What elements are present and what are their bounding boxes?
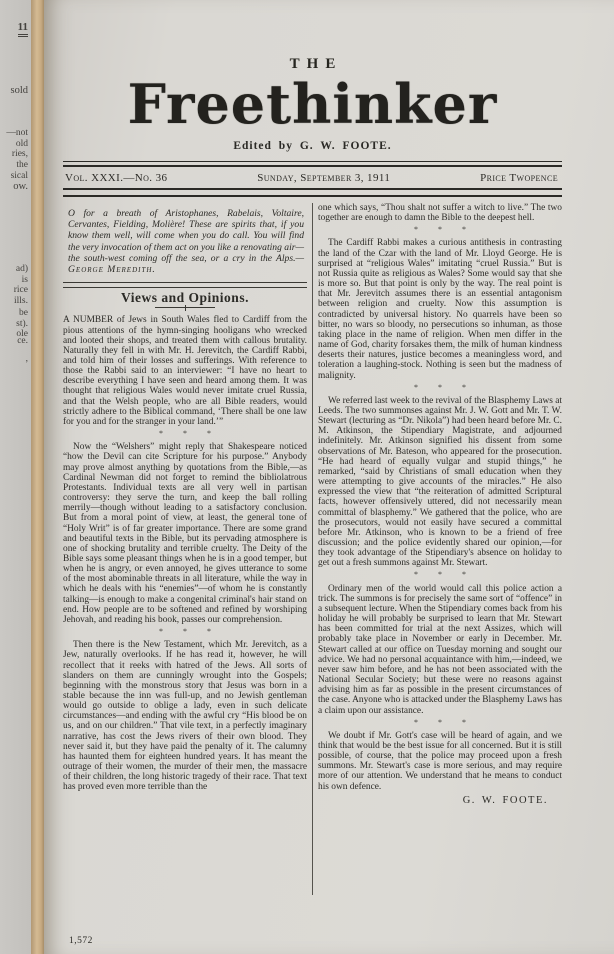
epigraph: O for a breath of Aristophanes, Rabelais… [63, 203, 307, 279]
article-paragraph: A NUMBER of Jews in South Wales fled to … [63, 315, 307, 427]
author-signature: G. W. FOOTE. [318, 796, 562, 806]
paragraph-separator: * * * [318, 568, 562, 583]
editor-line: Edited by G. W. FOOTE. [63, 140, 562, 152]
newspaper-page: THE Freethinker Edited by G. W. FOOTE. V… [44, 0, 614, 954]
paragraph-separator: * * * [63, 625, 307, 640]
masthead: THE Freethinker Edited by G. W. FOOTE. V… [63, 56, 562, 197]
masthead-rule [63, 188, 562, 197]
margin-fragment: be st). ole [16, 308, 28, 340]
margin-fragment: ce. [17, 336, 28, 347]
volume-number: Vol. XXXI.—No. 36 [65, 172, 167, 184]
article-heading: Views and Opinions. [63, 293, 307, 303]
scanned-page: 11 sold —not old ries, the sical ow. ad)… [0, 0, 614, 954]
margin-fragment: —not old ries, [6, 128, 28, 160]
article-paragraph: We referred last week to the revival of … [318, 396, 562, 569]
margin-fragment: , [26, 354, 28, 365]
page-number: 1,572 [69, 936, 93, 946]
article-paragraph: Now the “Welshers” might reply that Shak… [63, 442, 307, 625]
left-column: O for a breath of Aristophanes, Rabelais… [63, 203, 307, 945]
issue-info-row: Vol. XXXI.—No. 36 Sunday, September 3, 1… [63, 167, 562, 188]
masthead-kicker: THE [63, 56, 562, 73]
issue-date: Sunday, September 3, 1911 [257, 172, 390, 184]
margin-fragment: ow. [13, 182, 28, 193]
left-column-paragraphs: A NUMBER of Jews in South Wales fled to … [63, 315, 307, 792]
price: Price Twopence [480, 172, 558, 184]
article-paragraph: Ordinary men of the world would call thi… [318, 584, 562, 716]
article-body: O for a breath of Aristophanes, Rabelais… [63, 203, 562, 945]
epigraph-text: O for a breath of Aristophanes, Rabelais… [68, 208, 304, 264]
article-paragraph: We doubt if Mr. Gott's case will be hear… [318, 731, 562, 792]
facing-page-edge: 11 sold —not old ries, the sical ow. ad)… [0, 0, 32, 954]
section-rule [63, 282, 307, 288]
heading-rule [155, 307, 215, 308]
epigraph-attribution: George Meredith. [68, 264, 156, 275]
article-paragraph: one which says, “Thou shalt not suffer a… [318, 203, 562, 223]
column-divider-rule [312, 203, 313, 895]
paragraph-separator: * * * [318, 381, 562, 396]
right-column-paragraphs: one which says, “Thou shalt not suffer a… [318, 203, 562, 792]
article-paragraph: Then there is the New Testament, which M… [63, 640, 307, 792]
page-edge-strip [31, 0, 44, 954]
margin-fragment: the sical [11, 160, 28, 181]
publication-title: Freethinker [63, 75, 562, 133]
article-paragraph: The Cardiff Rabbi makes a curious antith… [318, 238, 562, 380]
margin-fragment: 11 [18, 22, 28, 37]
margin-fragment: sold [10, 86, 28, 97]
margin-fragment: ad) is rice ills. [14, 264, 28, 306]
paragraph-separator: * * * [318, 223, 562, 238]
paragraph-separator: * * * [318, 716, 562, 731]
paragraph-separator: * * * [63, 427, 307, 442]
right-column: one which says, “Thou shalt not suffer a… [318, 203, 562, 945]
